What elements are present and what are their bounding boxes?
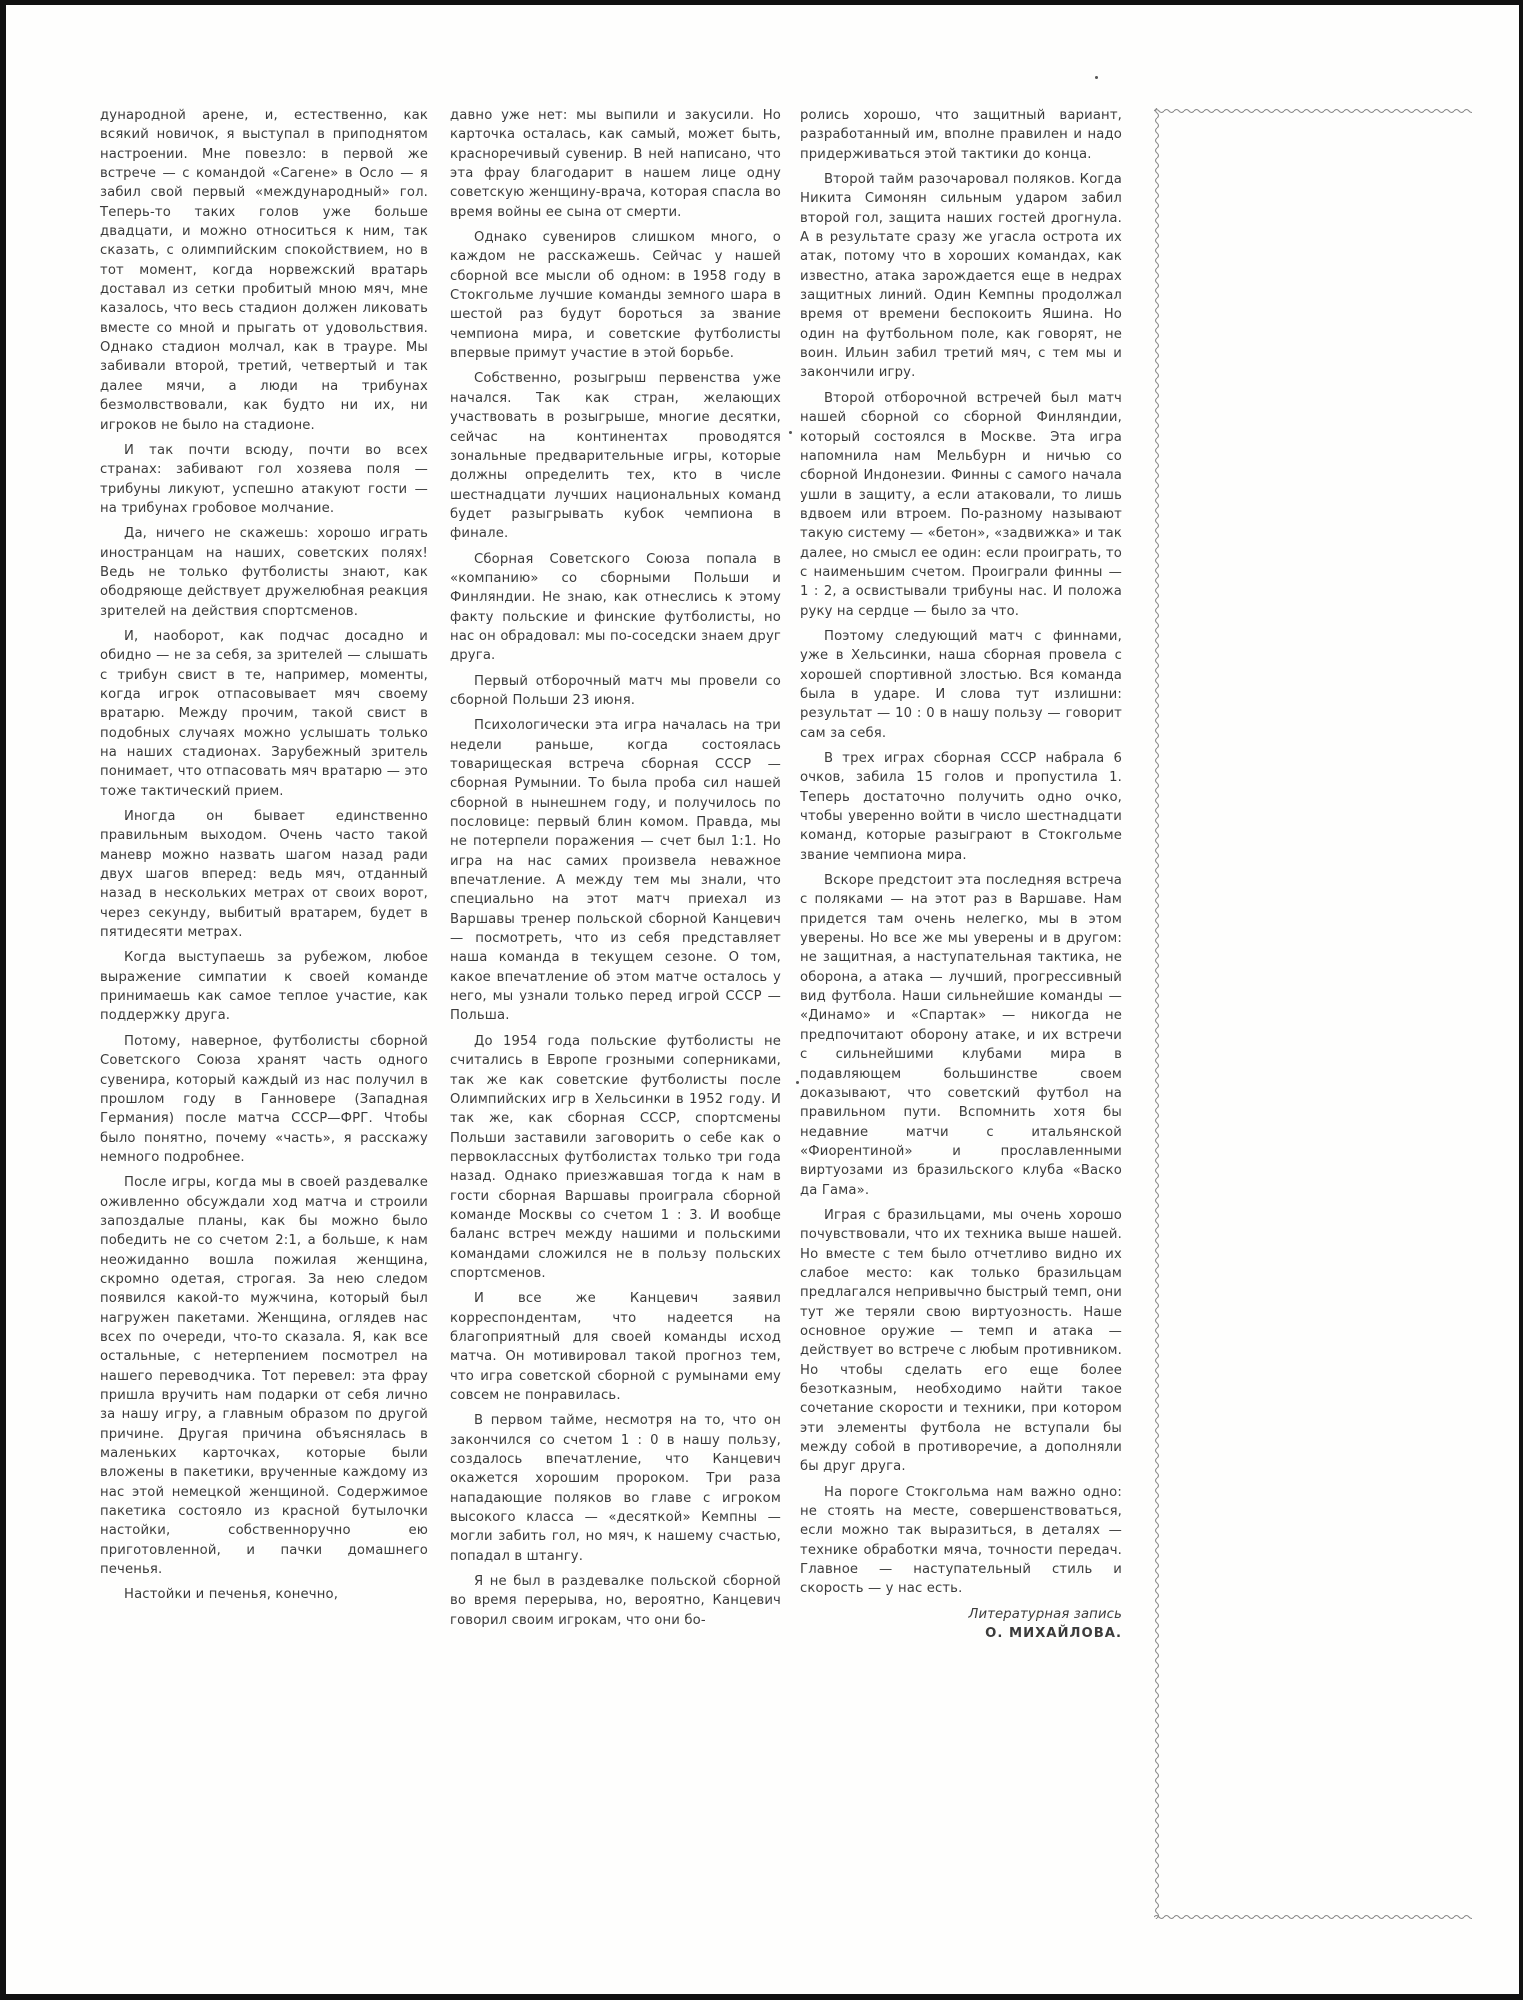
paragraph: Настойки и печенья, конечно, bbox=[100, 1585, 428, 1604]
paragraph: Я не был в раздевалке польской сборной в… bbox=[450, 1572, 781, 1630]
print-speck bbox=[1095, 76, 1098, 79]
empty-illustration-frame bbox=[1154, 108, 1472, 1925]
paragraph: И так почти всюду, почти во всех странах… bbox=[100, 441, 428, 518]
signature-author: О. МИХАЙЛОВА. bbox=[800, 1624, 1122, 1643]
paragraph: В трех играх сборная СССР набрала 6 очко… bbox=[800, 749, 1122, 865]
paragraph: После игры, когда мы в своей раздевалке … bbox=[100, 1173, 428, 1579]
paragraph: Сборная Советского Союза попала в «компа… bbox=[450, 550, 781, 666]
paragraph: Когда выступаешь за рубежом, любое выраж… bbox=[100, 948, 428, 1025]
author-signature: Литературная запись О. МИХАЙЛОВА. bbox=[800, 1605, 1122, 1644]
paragraph: И, наоборот, как подчас досадно и обидно… bbox=[100, 627, 428, 801]
paragraph: Играя с бразильцами, мы очень хорошо поч… bbox=[800, 1206, 1122, 1477]
paragraph: Собственно, розыгрыш первенства уже нача… bbox=[450, 369, 781, 543]
paragraph: Первый отборочный матч мы провели со сбо… bbox=[450, 672, 781, 711]
article-column-2: давно уже нет: мы выпили и закусили. Но … bbox=[450, 106, 781, 1636]
article-column-1: дународной арене, и, естественно, как вс… bbox=[100, 106, 428, 1611]
paragraph: Иногда он бывает единственно правильным … bbox=[100, 807, 428, 942]
print-speck bbox=[796, 1081, 799, 1084]
article-column-3: ролись хорошо, что защитный вариант, раз… bbox=[800, 106, 1122, 1643]
paragraph: Однако сувениров слишком много, о каждом… bbox=[450, 228, 781, 363]
paragraph: дународной арене, и, естественно, как вс… bbox=[100, 106, 428, 435]
paragraph: Второй отборочной встречей был матч наше… bbox=[800, 389, 1122, 621]
magazine-page: дународной арене, и, естественно, как вс… bbox=[6, 5, 1519, 1994]
paragraph: Психологически эта игра началась на три … bbox=[450, 716, 781, 1026]
paragraph: И все же Канцевич заявил корреспондентам… bbox=[450, 1289, 781, 1405]
paragraph: давно уже нет: мы выпили и закусили. Но … bbox=[450, 106, 781, 222]
paragraph: До 1954 года польские футболисты не счит… bbox=[450, 1032, 781, 1283]
paragraph: ролись хорошо, что защитный вариант, раз… bbox=[800, 106, 1122, 164]
paragraph: На пороге Стокгольма нам важно одно: не … bbox=[800, 1483, 1122, 1599]
paragraph: Потому, наверное, футболисты сборной Сов… bbox=[100, 1032, 428, 1167]
wavy-border-icon bbox=[1154, 108, 1472, 1925]
paragraph: Второй тайм разочаровал поляков. Когда Н… bbox=[800, 170, 1122, 383]
paragraph: Поэтому следующий матч с финнами, уже в … bbox=[800, 627, 1122, 743]
print-speck bbox=[789, 431, 792, 434]
paragraph: Да, ничего не скажешь: хорошо играть ино… bbox=[100, 524, 428, 621]
signature-role: Литературная запись bbox=[800, 1605, 1122, 1624]
paragraph: Вскоре предстоит эта последняя встреча с… bbox=[800, 871, 1122, 1200]
paragraph: В первом тайме, несмотря на то, что он з… bbox=[450, 1411, 781, 1566]
